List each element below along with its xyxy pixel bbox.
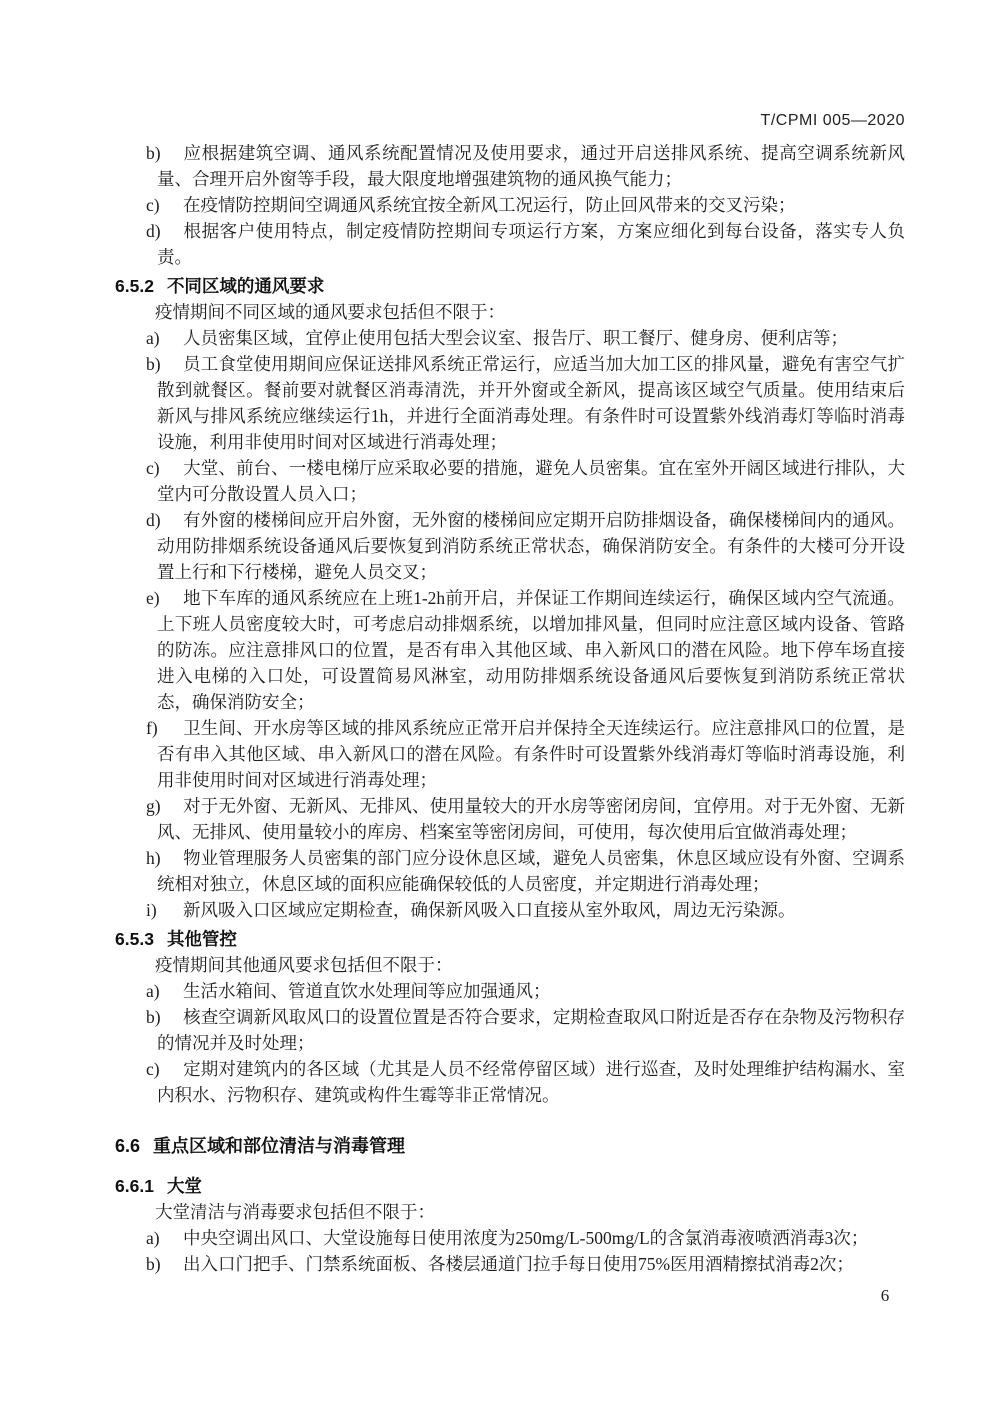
list-item-text: 地下车库的通风系统应在上班1-2h前开启，并保证工作期间连续运行，确保区域内空气… xyxy=(157,588,905,712)
list-item-text: 定期对建筑内的各区域（尤其是人员不经常停留区域）进行巡查，及时处理维护结构漏水、… xyxy=(157,1059,905,1105)
list-item-text: 在疫情防控期间空调通风系统宜按全新风工况运行，防止回风带来的交叉污染； xyxy=(183,195,796,215)
list-item-text: 有外窗的楼梯间应开启外窗，无外窗的楼梯间应定期开启防排烟设备，确保楼梯间内的通风… xyxy=(157,510,905,582)
section-heading-652: 6.5.2不同区域的通风要求 xyxy=(115,273,905,299)
list-item: b)员工食堂使用期间应保证送排风系统正常运行，应适当加大加工区的排风量，避免有害… xyxy=(115,351,905,455)
list-item: i)新风吸入口区域应定期检查，确保新风吸入口直接从室外取风，周边无污染源。 xyxy=(115,897,905,923)
document-number-header: T/CPMI 005—2020 xyxy=(115,112,905,130)
section-heading-661: 6.6.1大堂 xyxy=(115,1173,905,1199)
list-item-marker: b) xyxy=(146,1004,183,1030)
list-item-marker: c) xyxy=(146,455,183,481)
list-item-text: 出入口门把手、门禁系统面板、各楼层通道门拉手每日使用75%医用酒精擦拭消毒2次； xyxy=(183,1254,854,1274)
list-item-text: 应根据建筑空调、通风系统配置情况及使用要求，通过开启送排风系统、提高空调系统新风… xyxy=(157,143,905,189)
list-item-text: 大堂、前台、一楼电梯厅应采取必要的措施，避免人员密集。宜在室外开阔区域进行排队，… xyxy=(157,458,905,504)
section-heading-66: 6.6重点区域和部位清洁与消毒管理 xyxy=(115,1133,905,1159)
list-item-marker: b) xyxy=(146,140,183,166)
list-item: a)人员密集区域，宜停止使用包括大型会议室、报告厅、职工餐厅、健身房、便利店等； xyxy=(115,325,905,351)
list-item-text: 中央空调出风口、大堂设施每日使用浓度为250mg/L-500mg/L的含氯消毒液… xyxy=(183,1228,868,1248)
section-number: 6.6.1 xyxy=(115,1173,154,1199)
list-item-marker: a) xyxy=(146,1225,183,1251)
list-item-text: 根据客户使用特点，制定疫情防控期间专项运行方案，方案应细化到每台设备，落实专人负… xyxy=(157,221,905,267)
list-item: c)在疫情防控期间空调通风系统宜按全新风工况运行，防止回风带来的交叉污染； xyxy=(115,192,905,218)
clause-list-intro: b)应根据建筑空调、通风系统配置情况及使用要求，通过开启送排风系统、提高空调系统… xyxy=(115,140,905,270)
section-lead-661: 大堂清洁与消毒要求包括但不限于： xyxy=(115,1199,905,1225)
list-item-marker: i) xyxy=(146,897,183,923)
section-lead-652: 疫情期间不同区域的通风要求包括但不限于： xyxy=(115,299,905,325)
list-item-text: 新风吸入口区域应定期检查，确保新风吸入口直接从室外取风，周边无污染源。 xyxy=(183,900,796,920)
clause-list-661: a)中央空调出风口、大堂设施每日使用浓度为250mg/L-500mg/L的含氯消… xyxy=(115,1225,905,1277)
list-item-text: 对于无外窗、无新风、无排风、使用量较大的开水房等密闭房间，宜停用。对于无外窗、无… xyxy=(157,796,905,842)
list-item: f)卫生间、开水房等区域的排风系统应正常开启并保持全天连续运行。应注意排风口的位… xyxy=(115,715,905,793)
list-item-marker: f) xyxy=(146,715,183,741)
section-title: 重点区域和部位清洁与消毒管理 xyxy=(153,1133,405,1159)
list-item: g)对于无外窗、无新风、无排风、使用量较大的开水房等密闭房间，宜停用。对于无外窗… xyxy=(115,793,905,845)
section-title: 大堂 xyxy=(167,1173,202,1199)
list-item-marker: a) xyxy=(146,978,183,1004)
list-item-text: 物业管理服务人员密集的部门应分设休息区域，避免人员密集，休息区域应设有外窗、空调… xyxy=(157,848,905,894)
list-item: d)根据客户使用特点，制定疫情防控期间专项运行方案，方案应细化到每台设备，落实专… xyxy=(115,218,905,270)
list-item-marker: b) xyxy=(146,1251,183,1277)
list-item-marker: g) xyxy=(146,793,183,819)
clause-list-653: a)生活水箱间、管道直饮水处理间等应加强通风； b)核查空调新风取风口的设置位置… xyxy=(115,978,905,1108)
list-item-text: 人员密集区域，宜停止使用包括大型会议室、报告厅、职工餐厅、健身房、便利店等； xyxy=(183,328,848,348)
list-item: h)物业管理服务人员密集的部门应分设休息区域，避免人员密集，休息区域应设有外窗、… xyxy=(115,845,905,897)
list-item: b)应根据建筑空调、通风系统配置情况及使用要求，通过开启送排风系统、提高空调系统… xyxy=(115,140,905,192)
list-item: e)地下车库的通风系统应在上班1-2h前开启，并保证工作期间连续运行，确保区域内… xyxy=(115,585,905,715)
list-item: c)大堂、前台、一楼电梯厅应采取必要的措施，避免人员密集。宜在室外开阔区域进行排… xyxy=(115,455,905,507)
list-item-text: 生活水箱间、管道直饮水处理间等应加强通风； xyxy=(183,981,551,1001)
section-title: 其他管控 xyxy=(167,926,237,952)
clause-list-652: a)人员密集区域，宜停止使用包括大型会议室、报告厅、职工餐厅、健身房、便利店等；… xyxy=(115,325,905,923)
document-page: T/CPMI 005—2020 b)应根据建筑空调、通风系统配置情况及使用要求，… xyxy=(0,0,1000,1414)
section-lead-653: 疫情期间其他通风要求包括但不限于： xyxy=(115,952,905,978)
list-item: d)有外窗的楼梯间应开启外窗，无外窗的楼梯间应定期开启防排烟设备，确保楼梯间内的… xyxy=(115,507,905,585)
list-item: a)生活水箱间、管道直饮水处理间等应加强通风； xyxy=(115,978,905,1004)
list-item-marker: c) xyxy=(146,192,183,218)
list-item-text: 员工食堂使用期间应保证送排风系统正常运行，应适当加大加工区的排风量，避免有害空气… xyxy=(157,354,905,452)
list-item-marker: c) xyxy=(146,1056,183,1082)
list-item: b)出入口门把手、门禁系统面板、各楼层通道门拉手每日使用75%医用酒精擦拭消毒2… xyxy=(115,1251,905,1277)
list-item-marker: d) xyxy=(146,218,183,244)
section-number: 6.5.3 xyxy=(115,926,154,952)
section-title: 不同区域的通风要求 xyxy=(167,273,325,299)
document-body: b)应根据建筑空调、通风系统配置情况及使用要求，通过开启送排风系统、提高空调系统… xyxy=(115,140,905,1277)
page-number: 6 xyxy=(875,1286,895,1306)
list-item: c)定期对建筑内的各区域（尤其是人员不经常停留区域）进行巡查，及时处理维护结构漏… xyxy=(115,1056,905,1108)
list-item-marker: h) xyxy=(146,845,183,871)
list-item-text: 核查空调新风取风口的设置位置是否符合要求，定期检查取风口附近是否存在杂物及污物积… xyxy=(157,1007,905,1053)
section-number: 6.5.2 xyxy=(115,273,154,299)
list-item-marker: a) xyxy=(146,325,183,351)
section-number: 6.6 xyxy=(115,1133,140,1159)
list-item-marker: b) xyxy=(146,351,183,377)
list-item-marker: e) xyxy=(146,585,183,611)
list-item: b)核查空调新风取风口的设置位置是否符合要求，定期检查取风口附近是否存在杂物及污… xyxy=(115,1004,905,1056)
list-item-marker: d) xyxy=(146,507,183,533)
list-item: a)中央空调出风口、大堂设施每日使用浓度为250mg/L-500mg/L的含氯消… xyxy=(115,1225,905,1251)
section-heading-653: 6.5.3其他管控 xyxy=(115,926,905,952)
list-item-text: 卫生间、开水房等区域的排风系统应正常开启并保持全天连续运行。应注意排风口的位置，… xyxy=(157,718,905,790)
